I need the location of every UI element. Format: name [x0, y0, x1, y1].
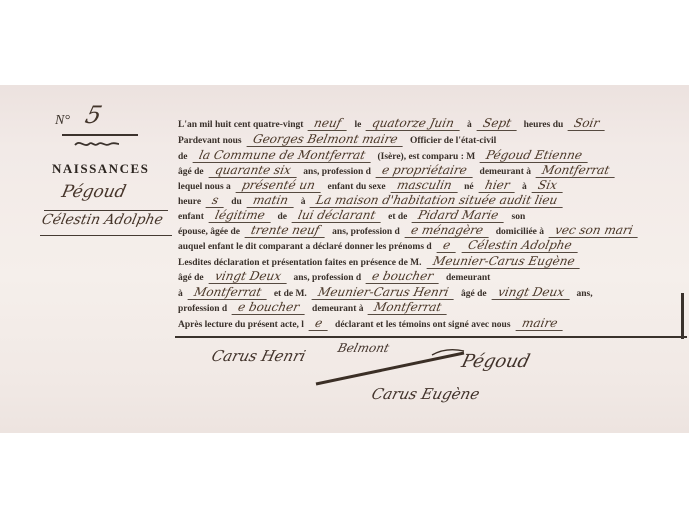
printed-form-text: ans,	[577, 289, 593, 299]
handwritten-entry: vingt Deux	[208, 270, 289, 284]
printed-form-text: âgé de	[178, 273, 204, 283]
printed-form-text: ans, profession d	[293, 273, 361, 283]
margin-given-names: Célestin Adolphe	[40, 212, 164, 228]
bottom-rule-line	[175, 336, 687, 338]
handwritten-entry: Georges Belmont maire	[246, 133, 405, 147]
printed-form-text: déclarant et les témoins ont signé avec …	[335, 320, 510, 330]
act-number-label: N°	[55, 113, 70, 129]
margin-heading-naissances: NAISSANCES	[52, 161, 149, 177]
printed-form-text: auquel enfant le dit comparant a déclaré…	[178, 242, 432, 252]
handwritten-entry: maire	[515, 317, 565, 331]
act-line: profession de boucherdemeurant àMontferr…	[178, 298, 455, 315]
printed-form-text: Après lecture du présent acte, l	[178, 320, 304, 330]
printed-form-text: le	[354, 120, 361, 130]
handwritten-entry: Sept	[476, 117, 519, 131]
printed-form-text: demeurant à	[312, 304, 363, 314]
signature-witness-carus-eugene: Carus Eugène	[370, 385, 482, 403]
act-line: Après lecture du présent acte, ledéclara…	[178, 314, 570, 331]
printed-form-text: demeurant	[446, 273, 490, 283]
handwritten-entry: e	[308, 317, 330, 331]
act-line: auquel enfant le dit comparant a déclaré…	[178, 236, 584, 253]
handwritten-entry: e boucher	[366, 270, 442, 284]
flourish-squiggle	[74, 139, 120, 149]
birth-certificate-scan: N° 5 NAISSANCES Pégoud Célestin Adolphe …	[0, 0, 689, 517]
handwritten-entry: Soir	[568, 117, 608, 131]
act-number-value: 5	[83, 101, 105, 129]
printed-form-text: heures du	[524, 120, 564, 130]
handwritten-entry: Célestin Adolphe	[461, 239, 579, 253]
printed-form-text: à	[467, 120, 472, 130]
printed-form-text: Officier de l'état-civil	[410, 136, 496, 146]
handwritten-entry: Montferrat	[368, 301, 450, 315]
act-line: L'an mil huit cent quatre-vingtneuflequa…	[178, 114, 612, 131]
printed-form-text: âgé de	[461, 289, 487, 299]
handwritten-entry: quatorze Juin	[366, 117, 463, 131]
handwritten-entry: neuf	[308, 117, 350, 131]
handwritten-entry: vingt Deux	[491, 286, 572, 300]
signature-father-pegoud: Pégoud	[459, 351, 532, 372]
signature-witness-carus-henri: Carus Henri	[210, 347, 308, 365]
printed-form-text: profession d	[178, 304, 227, 314]
margin-surname-underline	[44, 210, 168, 211]
act-line: Pardevant nousGeorges Belmont maireOffic…	[178, 130, 502, 147]
act-number-underline	[62, 134, 138, 136]
printed-form-text: L'an mil huit cent quatre-vingt	[178, 120, 303, 130]
document-paper: N° 5 NAISSANCES Pégoud Célestin Adolphe …	[0, 85, 689, 433]
handwritten-entry: e	[436, 239, 458, 253]
printed-form-text: Pardevant nous	[178, 136, 242, 146]
signature-flourish-stroke	[312, 343, 477, 388]
handwritten-entry: e boucher	[232, 301, 308, 315]
margin-given-names-underline	[40, 235, 172, 236]
margin-surname: Pégoud	[60, 182, 128, 202]
scan-edge-mark	[681, 293, 684, 339]
act-line: âgé devingt Deuxans, profession de bouch…	[178, 267, 496, 284]
